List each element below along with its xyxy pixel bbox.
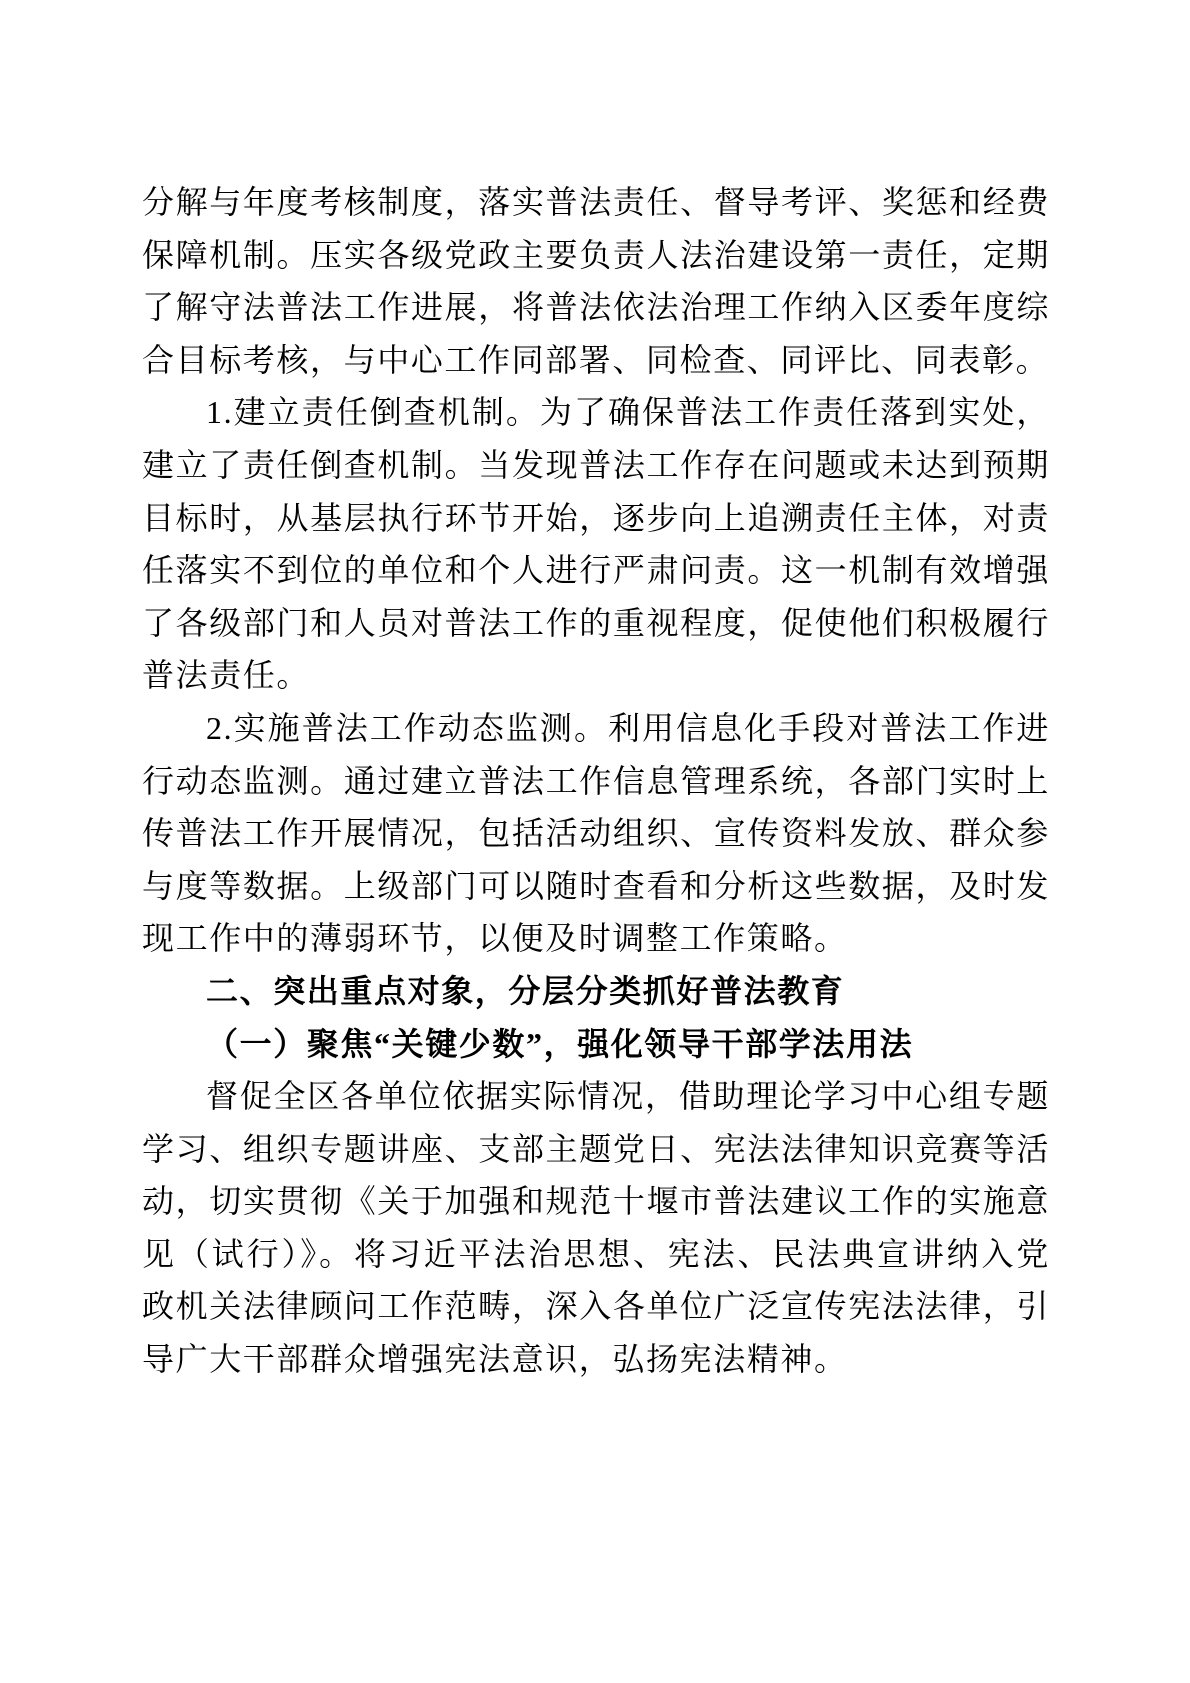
subsection-heading: （一）聚焦“关键少数”，强化领导干部学法用法 (142, 1018, 1050, 1071)
paragraph-body: 督促全区各单位依据实际情况，借助理论学习中心组专题学习、组织专题讲座、支部主题党… (142, 1070, 1050, 1386)
paragraph-numbered-2: 2.实施普法工作动态监测。利用信息化手段对普法工作进行动态监测。通过建立普法工作… (142, 702, 1050, 965)
document-page: 分解与年度考核制度，落实普法责任、督导考评、奖惩和经费保障机制。压实各级党政主要… (0, 0, 1190, 1683)
section-heading: 二、突出重点对象，分层分类抓好普法教育 (142, 965, 1050, 1018)
paragraph-continued: 分解与年度考核制度，落实普法责任、督导考评、奖惩和经费保障机制。压实各级党政主要… (142, 176, 1050, 386)
paragraph-numbered-1: 1.建立责任倒查机制。为了确保普法工作责任落到实处，建立了责任倒查机制。当发现普… (142, 386, 1050, 702)
